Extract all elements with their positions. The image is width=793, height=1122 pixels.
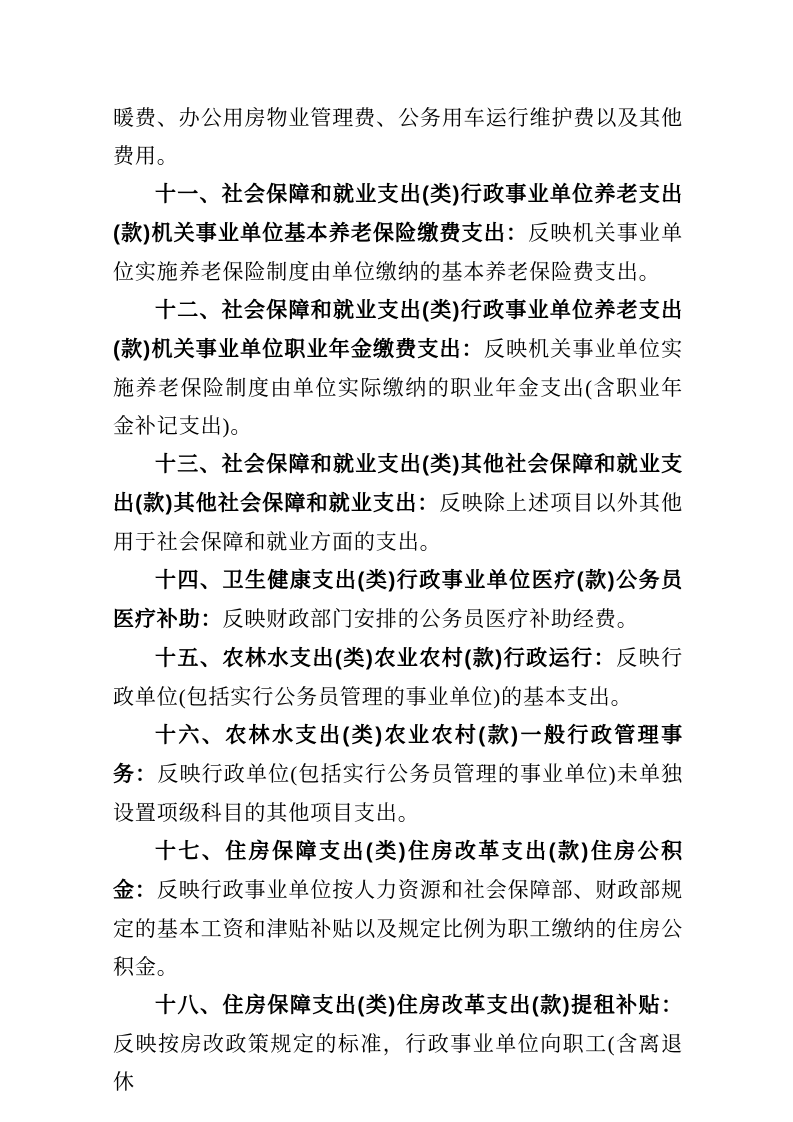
paragraph-item-12: 十二、社会保障和就业支出(类)行政事业单位养老支出(款)机关事业单位职业年金缴费…: [113, 291, 683, 445]
paragraph-body-text: 反映按房改政策规定的标准，行政事业单位向职工(含离退休: [113, 1032, 683, 1094]
document-page: 暖费、办公用房物业管理费、公务用车运行维护费以及其他费用。 十一、社会保障和就业…: [0, 0, 793, 1122]
paragraph-heading-text: 十五、农林水支出(类)农业农村(款)行政运行：: [155, 647, 616, 670]
paragraph-item-13: 十三、社会保障和就业支出(类)其他社会保障和就业支出(款)其他社会保障和就业支出…: [113, 445, 683, 561]
paragraph-item-18: 十八、住房保障支出(类)住房改革支出(款)提租补贴：反映按房改政策规定的标准，行…: [113, 986, 683, 1101]
paragraph-body-text: 反映行政事业单位按人力资源和社会保障部、财政部规定的基本工资和津贴补贴以及规定比…: [113, 878, 683, 979]
paragraph-body-text: 暖费、办公用房物业管理费、公务用车运行维护费以及其他费用。: [113, 106, 683, 168]
paragraph-continuation: 暖费、办公用房物业管理费、公务用车运行维护费以及其他费用。: [113, 99, 683, 175]
paragraph-body-text: 反映财政部门安排的公务员医疗补助经费。: [223, 607, 639, 631]
document-text-block: 暖费、办公用房物业管理费、公务用车运行维护费以及其他费用。 十一、社会保障和就业…: [113, 99, 683, 1101]
paragraph-heading-text: 十八、住房保障支出(类)住房改革支出(款)提租补贴：: [155, 994, 683, 1017]
paragraph-item-17: 十七、住房保障支出(类)住房改革支出(款)住房公积金：反映行政事业单位按人力资源…: [113, 832, 683, 986]
paragraph-item-15: 十五、农林水支出(类)农业农村(款)行政运行：反映行政单位(包括实行公务员管理的…: [113, 639, 683, 716]
paragraph-item-14: 十四、卫生健康支出(类)行政事业单位医疗(款)公务员医疗补助：反映财政部门安排的…: [113, 561, 683, 639]
paragraph-item-16: 十六、农林水支出(类)农业农村(款)一般行政管理事务：反映行政单位(包括实行公务…: [113, 716, 683, 832]
paragraph-body-text: 反映行政单位(包括实行公务员管理的事业单位)未单独设置项级科目的其他项目支出。: [113, 762, 683, 825]
paragraph-item-11: 十一、社会保障和就业支出(类)行政事业单位养老支出(款)机关事业单位基本养老保险…: [113, 175, 683, 291]
